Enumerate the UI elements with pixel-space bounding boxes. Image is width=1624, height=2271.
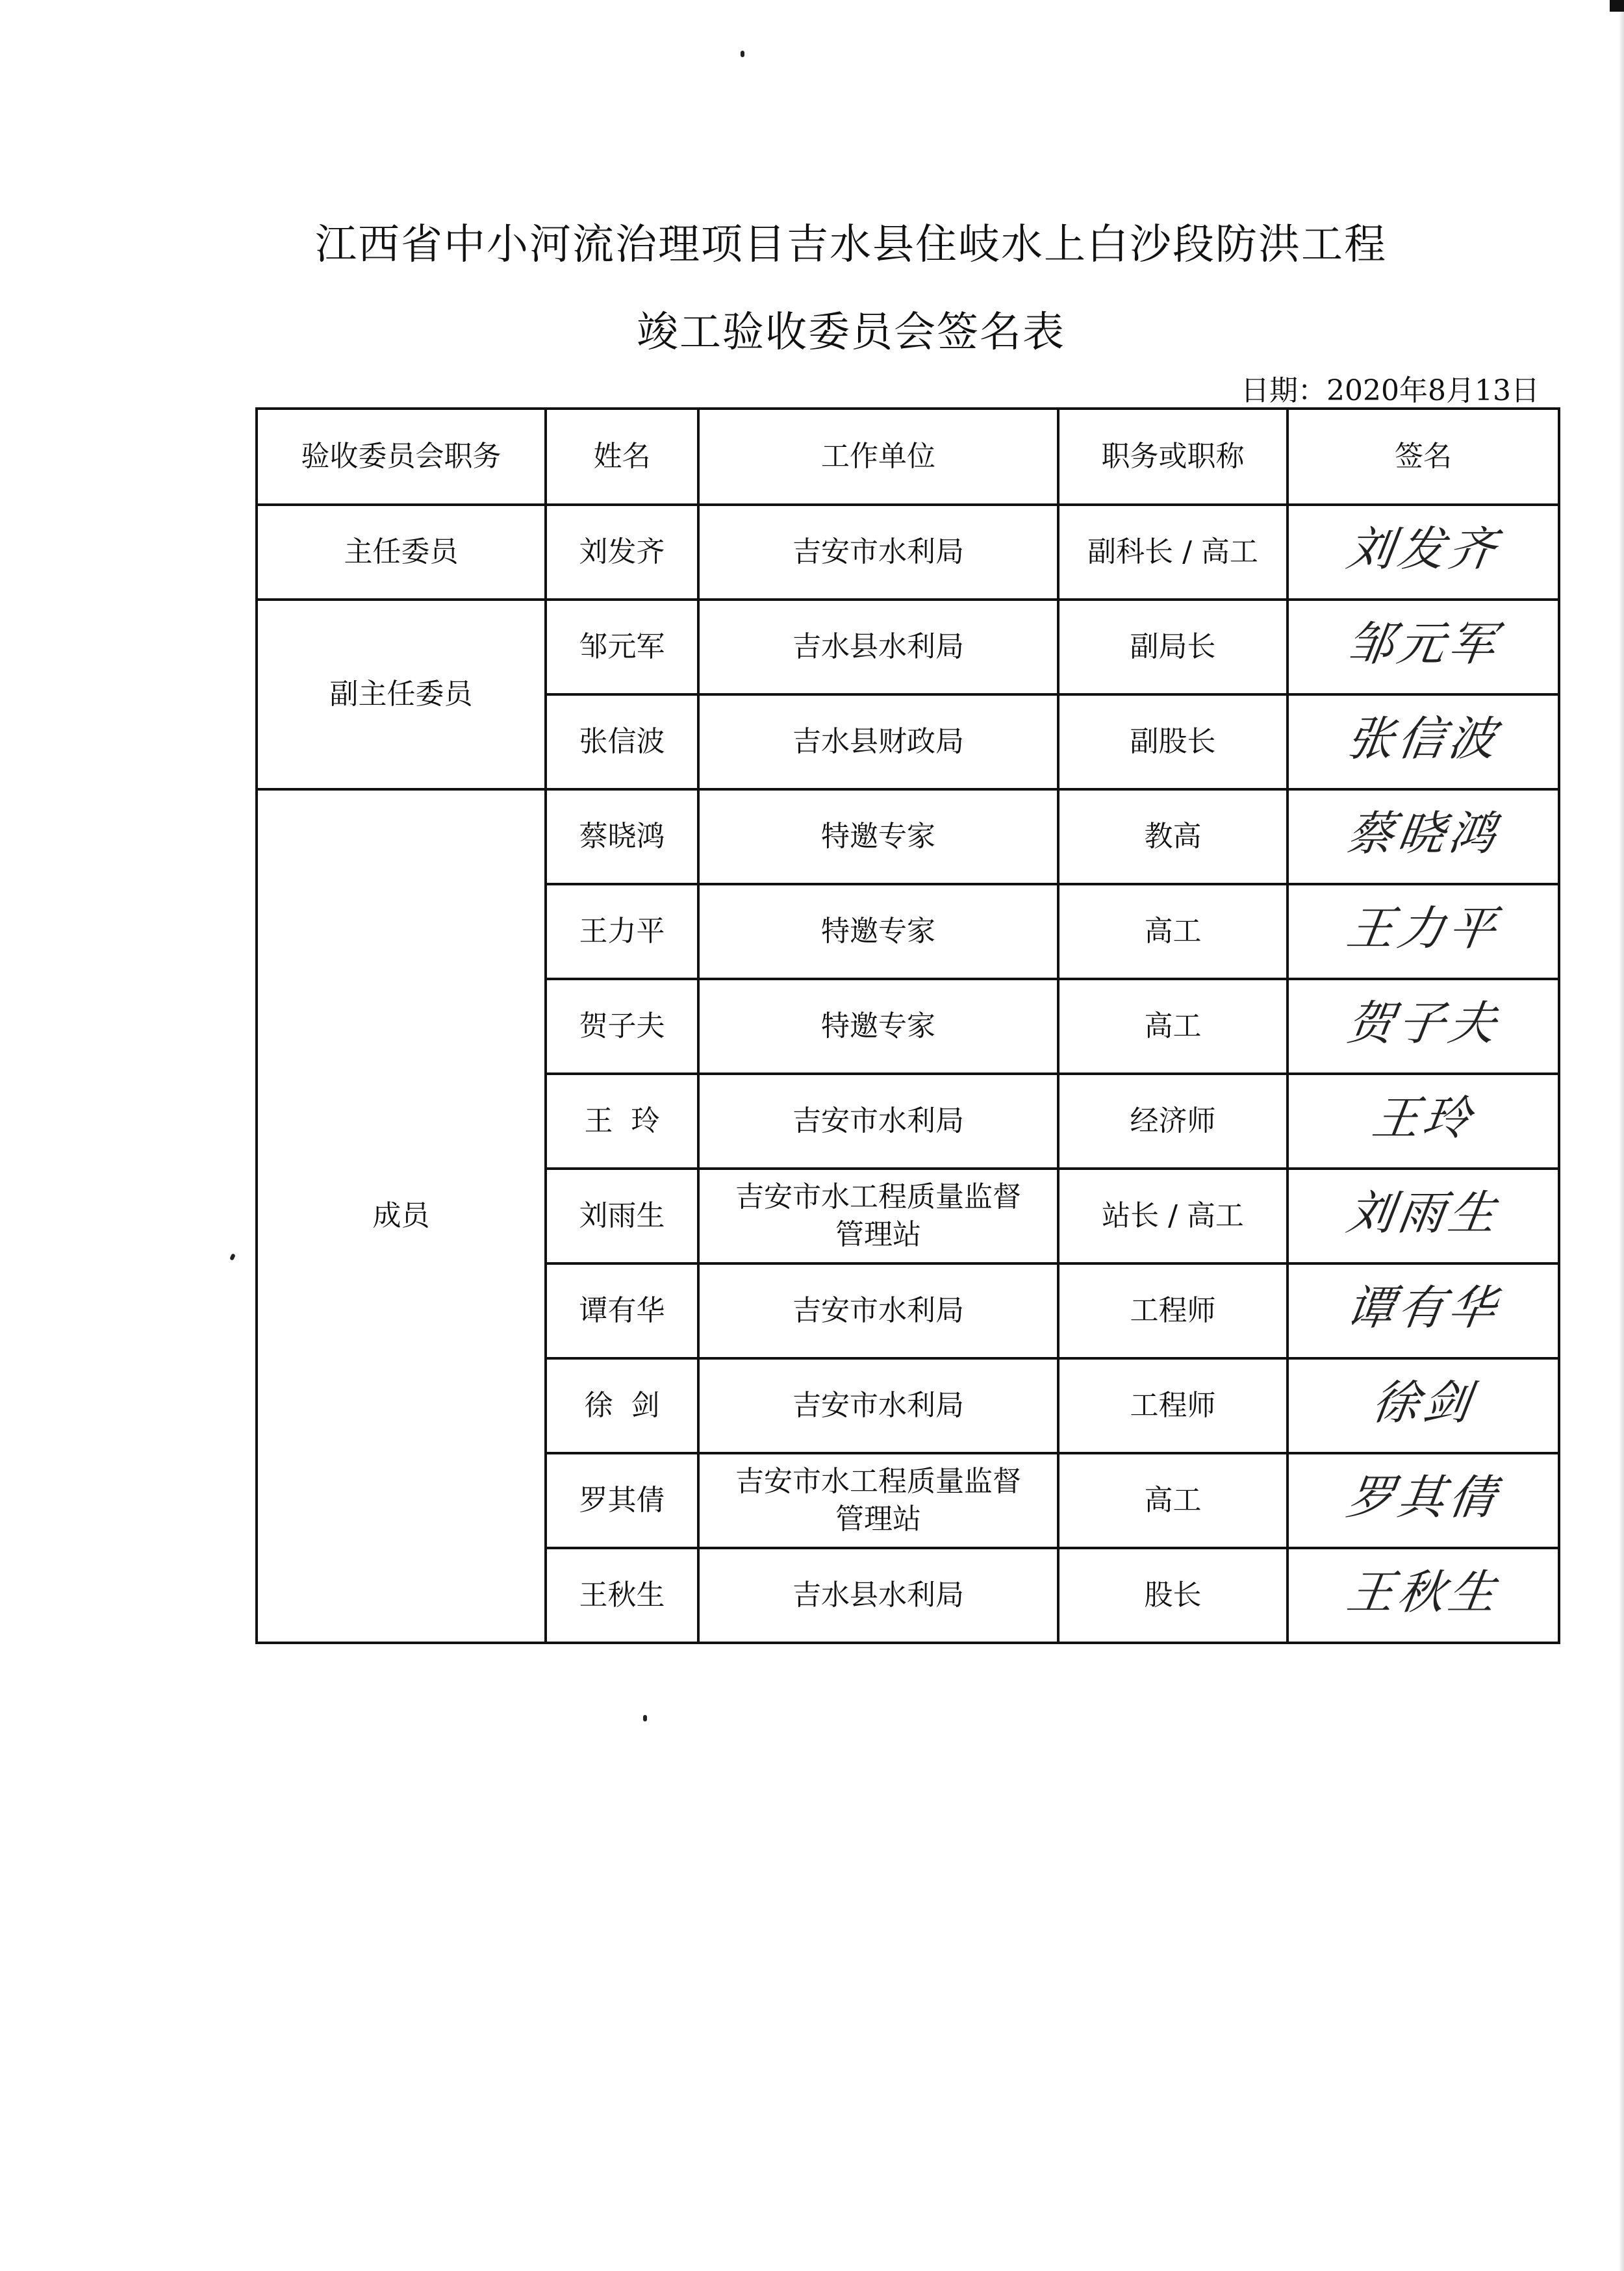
signature-cell: 刘雨生 bbox=[1288, 1169, 1559, 1263]
signature-cell: 王秋生 bbox=[1288, 1548, 1559, 1643]
name-cell: 徐 剑 bbox=[546, 1358, 698, 1453]
role-cell: 成员 bbox=[257, 789, 546, 1643]
document-date: 日期：2020年8月13日 bbox=[1241, 367, 1540, 409]
table-row: 副主任委员 邹元军 吉水县水利局 副局长 邹元军 bbox=[257, 600, 1559, 694]
handwritten-signature: 张信波 bbox=[1345, 720, 1502, 757]
name-cell: 邹元军 bbox=[546, 600, 698, 694]
signature-cell: 谭有华 bbox=[1288, 1263, 1559, 1358]
name-cell: 谭有华 bbox=[546, 1263, 698, 1358]
name-cell: 王秋生 bbox=[546, 1548, 698, 1643]
unit-cell: 吉安市水利局 bbox=[698, 1263, 1058, 1358]
scan-corner-mark bbox=[1610, 0, 1624, 12]
unit-cell: 吉水县财政局 bbox=[698, 694, 1058, 789]
name-cell: 王 玲 bbox=[546, 1074, 698, 1169]
signature-cell: 王玲 bbox=[1288, 1074, 1559, 1169]
handwritten-signature: 贺子夫 bbox=[1345, 1004, 1502, 1042]
signature-cell: 徐剑 bbox=[1288, 1358, 1559, 1453]
signature-cell: 蔡晓鸿 bbox=[1288, 789, 1559, 884]
unit-cell: 特邀专家 bbox=[698, 884, 1058, 979]
unit-cell: 特邀专家 bbox=[698, 789, 1058, 884]
document-subtitle: 竣工验收委员会签名表 bbox=[0, 299, 1624, 359]
handwritten-signature: 刘雨生 bbox=[1345, 1194, 1502, 1232]
handwritten-signature: 刘发齐 bbox=[1345, 530, 1502, 568]
unit-cell: 吉安市水工程质量监督 管理站 bbox=[698, 1169, 1058, 1263]
handwritten-signature: 王秋生 bbox=[1345, 1573, 1502, 1611]
signature-cell: 罗其倩 bbox=[1288, 1453, 1559, 1548]
signature-cell: 贺子夫 bbox=[1288, 979, 1559, 1074]
title-cell: 股长 bbox=[1058, 1548, 1288, 1643]
name-cell: 蔡晓鸿 bbox=[546, 789, 698, 884]
title-cell: 工程师 bbox=[1058, 1263, 1288, 1358]
title-cell: 工程师 bbox=[1058, 1358, 1288, 1453]
handwritten-signature: 邹元军 bbox=[1345, 625, 1502, 663]
name-cell: 张信波 bbox=[546, 694, 698, 789]
title-cell: 经济师 bbox=[1058, 1074, 1288, 1169]
name-cell: 刘发齐 bbox=[546, 505, 698, 600]
unit-line-1: 吉安市水工程质量监督 bbox=[704, 1178, 1053, 1216]
table-row: 成员 蔡晓鸿 特邀专家 教高 蔡晓鸿 bbox=[257, 789, 1559, 884]
handwritten-signature: 王力平 bbox=[1345, 909, 1502, 947]
handwritten-signature: 王玲 bbox=[1370, 1099, 1477, 1137]
unit-cell: 吉安市水利局 bbox=[698, 1358, 1058, 1453]
title-cell: 高工 bbox=[1058, 884, 1288, 979]
signature-cell: 张信波 bbox=[1288, 694, 1559, 789]
table-row: 主任委员 刘发齐 吉安市水利局 副科长 / 高工 刘发齐 bbox=[257, 505, 1559, 600]
handwritten-signature: 蔡晓鸿 bbox=[1345, 815, 1502, 852]
unit-line-2: 管理站 bbox=[704, 1501, 1053, 1538]
unit-cell: 吉水县水利局 bbox=[698, 600, 1058, 694]
title-cell: 副科长 / 高工 bbox=[1058, 505, 1288, 600]
name-cell: 刘雨生 bbox=[546, 1169, 698, 1263]
title-cell: 高工 bbox=[1058, 1453, 1288, 1548]
header-signature: 签名 bbox=[1288, 409, 1559, 505]
signature-cell: 刘发齐 bbox=[1288, 505, 1559, 600]
unit-line-1: 吉安市水工程质量监督 bbox=[704, 1463, 1053, 1501]
unit-cell: 特邀专家 bbox=[698, 979, 1058, 1074]
name-cell: 贺子夫 bbox=[546, 979, 698, 1074]
role-cell: 主任委员 bbox=[257, 505, 546, 600]
header-role: 验收委员会职务 bbox=[257, 409, 546, 505]
title-cell: 站长 / 高工 bbox=[1058, 1169, 1288, 1263]
title-cell: 副股长 bbox=[1058, 694, 1288, 789]
signature-cell: 邹元军 bbox=[1288, 600, 1559, 694]
signature-cell: 王力平 bbox=[1288, 884, 1559, 979]
title-cell: 高工 bbox=[1058, 979, 1288, 1074]
name-cell: 罗其倩 bbox=[546, 1453, 698, 1548]
unit-cell: 吉安市水利局 bbox=[698, 1074, 1058, 1169]
document-title: 江西省中小河流治理项目吉水县住岐水上白沙段防洪工程 bbox=[0, 211, 1624, 271]
unit-cell: 吉安市水工程质量监督 管理站 bbox=[698, 1453, 1058, 1548]
unit-line-2: 管理站 bbox=[704, 1216, 1053, 1254]
handwritten-signature: 徐剑 bbox=[1370, 1384, 1477, 1421]
handwritten-signature: 谭有华 bbox=[1345, 1289, 1502, 1326]
header-unit: 工作单位 bbox=[698, 409, 1058, 505]
table-header-row: 验收委员会职务 姓名 工作单位 职务或职称 签名 bbox=[257, 409, 1559, 505]
scan-speck bbox=[643, 1715, 647, 1721]
scan-speck bbox=[229, 1253, 236, 1261]
title-cell: 教高 bbox=[1058, 789, 1288, 884]
signature-table: 验收委员会职务 姓名 工作单位 职务或职称 签名 主任委员 刘发齐 吉安市水利局… bbox=[255, 407, 1560, 1644]
handwritten-signature: 罗其倩 bbox=[1345, 1478, 1502, 1516]
unit-cell: 吉水县水利局 bbox=[698, 1548, 1058, 1643]
title-cell: 副局长 bbox=[1058, 600, 1288, 694]
role-cell: 副主任委员 bbox=[257, 600, 546, 789]
scan-speck bbox=[741, 51, 744, 57]
header-name: 姓名 bbox=[546, 409, 698, 505]
header-title: 职务或职称 bbox=[1058, 409, 1288, 505]
name-cell: 王力平 bbox=[546, 884, 698, 979]
unit-cell: 吉安市水利局 bbox=[698, 505, 1058, 600]
